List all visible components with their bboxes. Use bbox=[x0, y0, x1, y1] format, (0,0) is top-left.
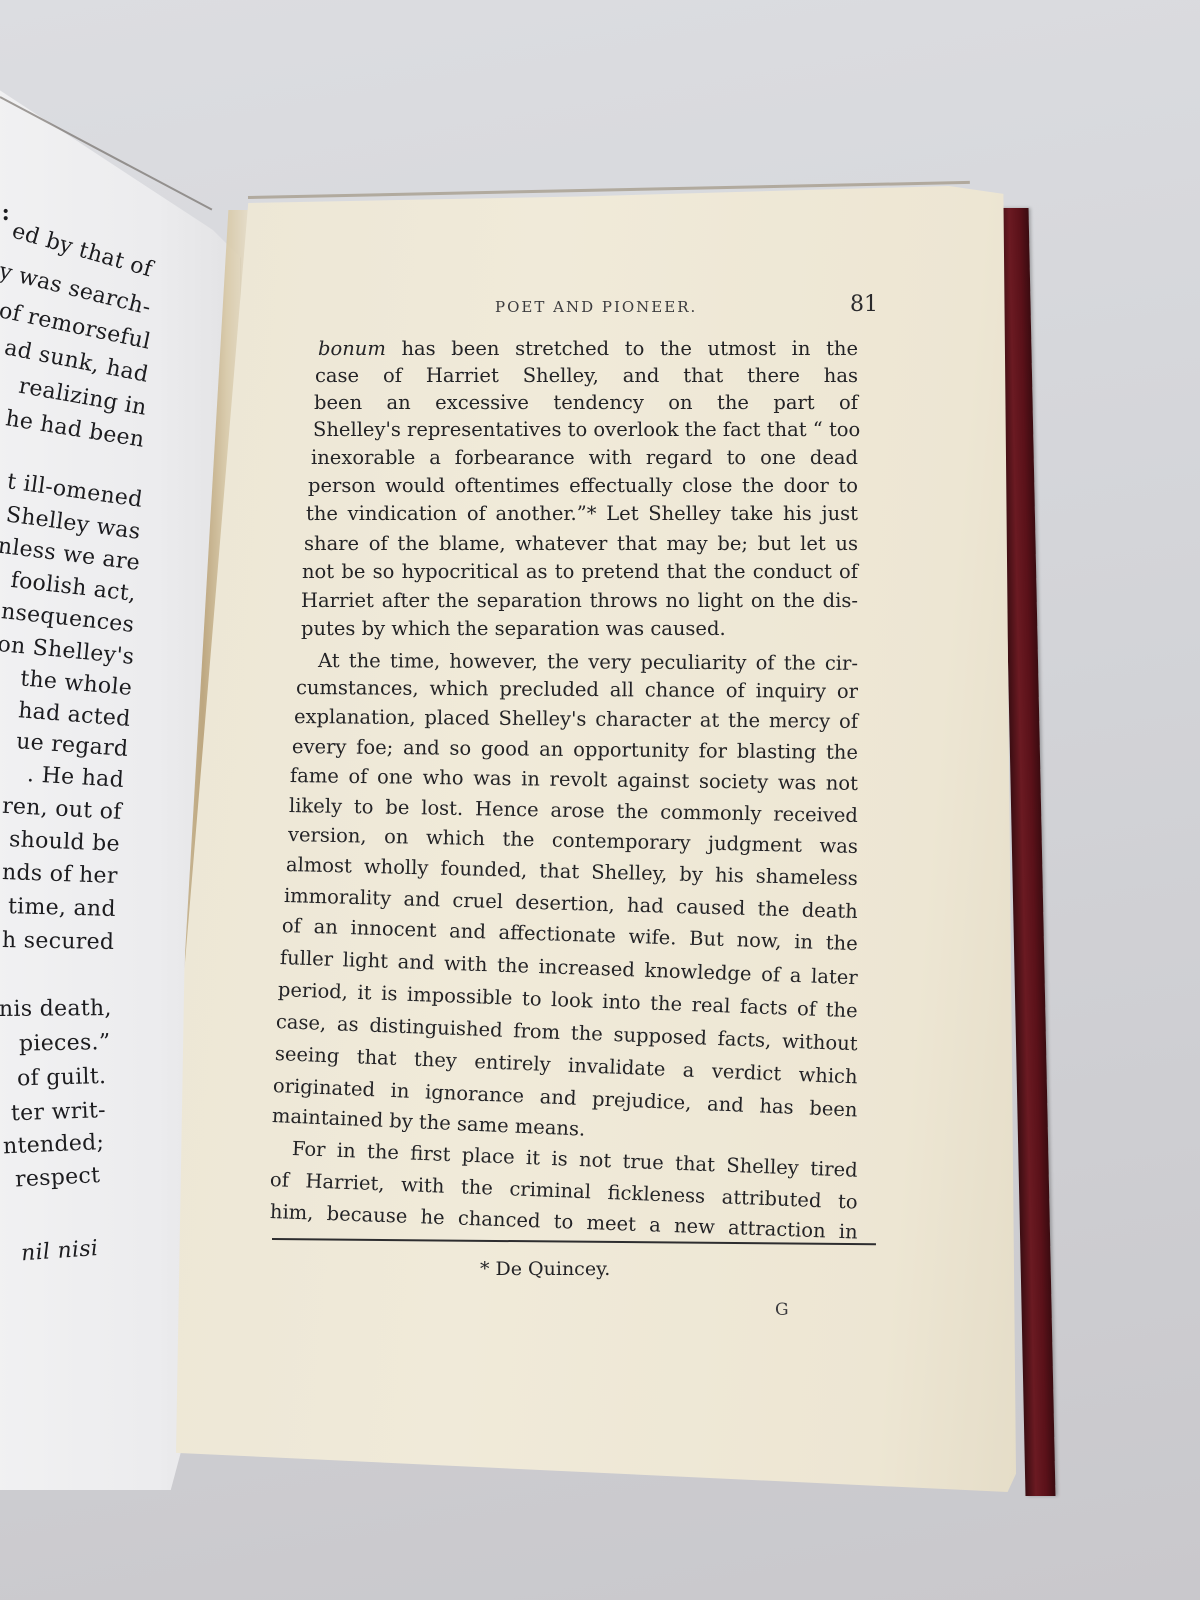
running-head: POET AND PIONEER. bbox=[495, 298, 697, 316]
page-number: 81 bbox=[850, 292, 878, 317]
body-line: likely to be lost. Hence arose the commo… bbox=[289, 794, 858, 827]
body-line: person would oftentimes effectually clos… bbox=[308, 474, 858, 497]
body-line: share of the blame, whatever that may be… bbox=[304, 532, 858, 555]
body-line: inexorable a forbearance with regard to … bbox=[311, 446, 858, 469]
body-line: explanation, placed Shelley's character … bbox=[294, 705, 858, 733]
body-line: Harriet after the separation throws no l… bbox=[301, 589, 858, 612]
footnote: * De Quincey. bbox=[480, 1258, 610, 1280]
body-line: bonum has been stretched to the utmost i… bbox=[318, 337, 858, 360]
italic-word: bonum bbox=[318, 337, 386, 360]
body-line: cumstances, which precluded all chance o… bbox=[296, 676, 858, 703]
body-line: case of Harriet Shelley, and that there … bbox=[315, 364, 858, 387]
body-line: At the time, however, the very peculiari… bbox=[318, 649, 858, 675]
body-line: almost wholly founded, that Shelley, by … bbox=[286, 853, 858, 890]
body-line: maintained by the same means. bbox=[271, 1104, 585, 1141]
body-line: every foe; and so good an opportunity fo… bbox=[292, 735, 858, 764]
body-line: fame of one who was in revolt against so… bbox=[290, 764, 858, 795]
body-line: putes by which the separation was caused… bbox=[301, 617, 726, 640]
body-line: not be so hypocritical as to pretend tha… bbox=[302, 560, 858, 583]
body-line: version, on which the contemporary judgm… bbox=[288, 823, 858, 858]
body-line: been an excessive tendency on the part o… bbox=[314, 391, 858, 414]
right-page-text: POET AND PIONEER. 81 bonum has been stre… bbox=[0, 0, 1200, 1600]
signature-mark: G bbox=[775, 1300, 789, 1320]
body-line: Shelley's representatives to overlook th… bbox=[313, 418, 858, 441]
body-line: the vindication of another.”* Let Shelle… bbox=[306, 502, 858, 525]
